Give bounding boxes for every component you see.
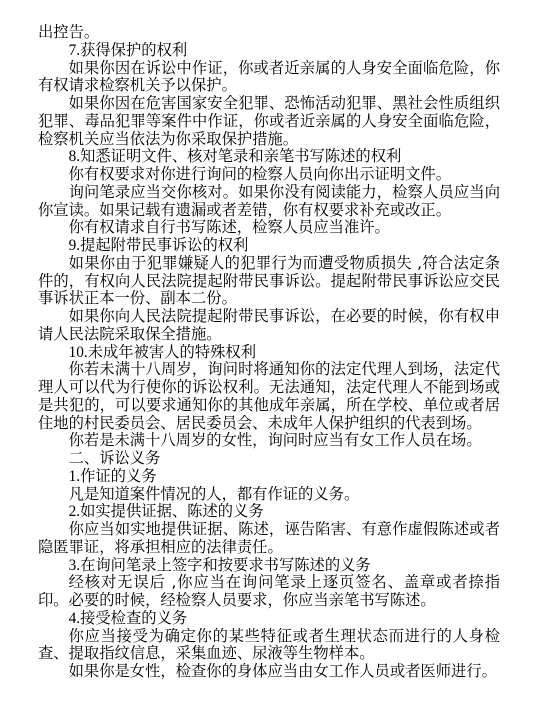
heading-number: 10. [69,344,88,361]
subsection-heading: 3.在询问笔录上签字和按要求书写陈述的义务 [38,557,500,575]
heading-number: 2. [69,503,80,520]
paragraph: 如果你是女性，检查你的身体应当由女工作人员或者医师进行。 [38,663,500,681]
subsection-heading: 4.接受检查的义务 [38,610,500,628]
text-line: 犯罪、毒品犯罪等案件中作证，你或者近亲属的人身安全面临危险， [38,113,500,131]
heading-number: 8. [69,148,80,165]
text-line: 是共犯的，可以要求通知你的其他成年亲属，所在学校、单位或者居 [38,397,500,415]
text-line: 如果你向人民法院提起附带民事诉讼，在必要的时候，你有权申 [38,308,500,326]
paragraph: 你应当如实地提供证据、陈述，诬告陷害、有意作虚假陈述或者 隐匿罪证，将承担相应的… [38,521,500,557]
paragraph: 必要的时候，经检察人员要求，你应当亲笔书写陈述。 [38,592,500,610]
text-line: 你应当接受为确定你的某些特征或者生理状态而进行的人身检 [38,628,500,646]
heading-title: 知悉证明文件、核对笔录和亲笔书写陈述的权利 [80,147,401,165]
heading-title: 在询问笔录上签字和按要求书写陈述的义务 [80,556,371,574]
subsection-heading: 10.未成年被害人的特殊权利 [38,344,500,362]
paragraph: 你若是未满十八周岁的女性，询问时应当有女工作人员在场。 [38,432,500,450]
text-line: 你应当如实地提供证据、陈述，诬告陷害、有意作虚假陈述或者 [38,521,500,539]
text-line: 你有权要求对你进行询问的检察人员向你出示证明文件。 [38,166,500,184]
subsection-heading: 7.获得保护的权利 [38,42,500,60]
paragraph: 如果你因在诉讼中作证，你或者近亲属的人身安全面临危险，你 有权请求检察机关予以保… [38,60,500,96]
paragraph: 如果你向人民法院提起附带民事诉讼，在必要的时候，你有权申 请人民法院采取保全措施… [38,308,500,344]
subsection-heading: 8.知悉证明文件、核对笔录和亲笔书写陈述的权利 [38,148,500,166]
text-line: 事诉状正本一份、副本二份。 [38,290,500,308]
paragraph: 出控告。 [38,24,500,42]
text-line: 检察机关应当依法为你采取保护措施。 [38,131,500,149]
paragraph: 凡是知道案件情况的人，都有作证的义务。 [38,486,500,504]
paragraph: 如果你由于犯罪嫌疑人的犯罪行为而遭受物质损失 ,符合法定条 件的，有权向人民法院… [38,255,500,308]
heading-title: 接受检查的义务 [80,609,187,627]
text-line: 如果你是女性，检查你的身体应当由女工作人员或者医师进行。 [38,663,500,681]
text-line: 你若未满十八周岁，询问时将通知你的法定代理人到场，法定代 [38,361,500,379]
heading-number: 4. [69,610,80,627]
text-line: 理人可以代为行使你的诉讼权利。无法通知，法定代理人不能到场或 [38,379,500,397]
paragraph: 你有权请求自行书写陈述，检察人员应当准许。 [38,219,500,237]
subsection-heading: 1.作证的义务 [38,468,500,486]
text-line: 出控告。 [38,24,500,42]
heading-title: 未成年被害人的特殊权利 [88,343,256,361]
paragraph: 询问笔录应当交你核对。如果你没有阅读能力，检察人员应当向 你宣读。如果记载有遗漏… [38,184,500,220]
heading-title: 作证的义务 [80,467,157,485]
subsection-heading: 9.提起附带民事诉讼的权利 [38,237,500,255]
text-line: 如果你因在诉讼中作证，你或者近亲属的人身安全面临危险，你 [38,60,500,78]
heading-number: 3. [69,557,80,574]
text-line: 有权请求检察机关予以保护。 [38,77,500,95]
text-line: 经核对无误后 ,你应当在询问笔录上逐页签名、盖章或者捺指印。 [38,574,500,592]
text-line: 你宣读。如果记载有遗漏或者差错，你有权要求补充或改正。 [38,202,500,220]
document-page: 出控告。 7.获得保护的权利 如果你因在诉讼中作证，你或者近亲属的人身安全面临危… [38,24,500,681]
paragraph: 如果你因在危害国家安全犯罪、恐怖活动犯罪、黑社会性质组织 犯罪、毒品犯罪等案件中… [38,95,500,148]
paragraph: 你应当接受为确定你的某些特征或者生理状态而进行的人身检 查、提取指纹信息，采集血… [38,628,500,664]
heading-number: 9. [69,237,80,254]
heading-number: 1. [69,468,80,485]
heading-title: 获得保护的权利 [80,41,187,59]
section-title: 二、诉讼义务 [38,450,500,468]
text-line: 件的，有权向人民法院提起附带民事诉讼。提起附带民事诉讼应交民 [38,273,500,291]
text-line: 你有权请求自行书写陈述，检察人员应当准许。 [38,219,500,237]
text-line: 如果你由于犯罪嫌疑人的犯罪行为而遭受物质损失 ,符合法定条 [38,255,500,273]
heading-title: 提起附带民事诉讼的权利 [80,236,248,254]
heading-number: 7. [69,42,80,59]
text-line: 住地的村民委员会、居民委员会、未成年人保护组织的代表到场。 [38,415,500,433]
text-line: 询问笔录应当交你核对。如果你没有阅读能力，检察人员应当向 [38,184,500,202]
paragraph: 经核对无误后 ,你应当在询问笔录上逐页签名、盖章或者捺指印。 [38,574,500,592]
subsection-heading: 2.如实提供证据、陈述的义务 [38,503,500,521]
text-line: 你若是未满十八周岁的女性，询问时应当有女工作人员在场。 [38,432,500,450]
text-line: 请人民法院采取保全措施。 [38,326,500,344]
text-line: 必要的时候，经检察人员要求，你应当亲笔书写陈述。 [38,592,500,610]
section-heading: 二、诉讼义务 [38,450,500,468]
text-line: 隐匿罪证，将承担相应的法律责任。 [38,539,500,557]
text-line: 查、提取指纹信息，采集血迹、尿液等生物样本。 [38,645,500,663]
text-line: 如果你因在危害国家安全犯罪、恐怖活动犯罪、黑社会性质组织 [38,95,500,113]
text-line: 凡是知道案件情况的人，都有作证的义务。 [38,486,500,504]
heading-title: 如实提供证据、陈述的义务 [80,502,264,520]
paragraph: 你若未满十八周岁，询问时将通知你的法定代理人到场，法定代 理人可以代为行使你的诉… [38,361,500,432]
paragraph: 你有权要求对你进行询问的检察人员向你出示证明文件。 [38,166,500,184]
